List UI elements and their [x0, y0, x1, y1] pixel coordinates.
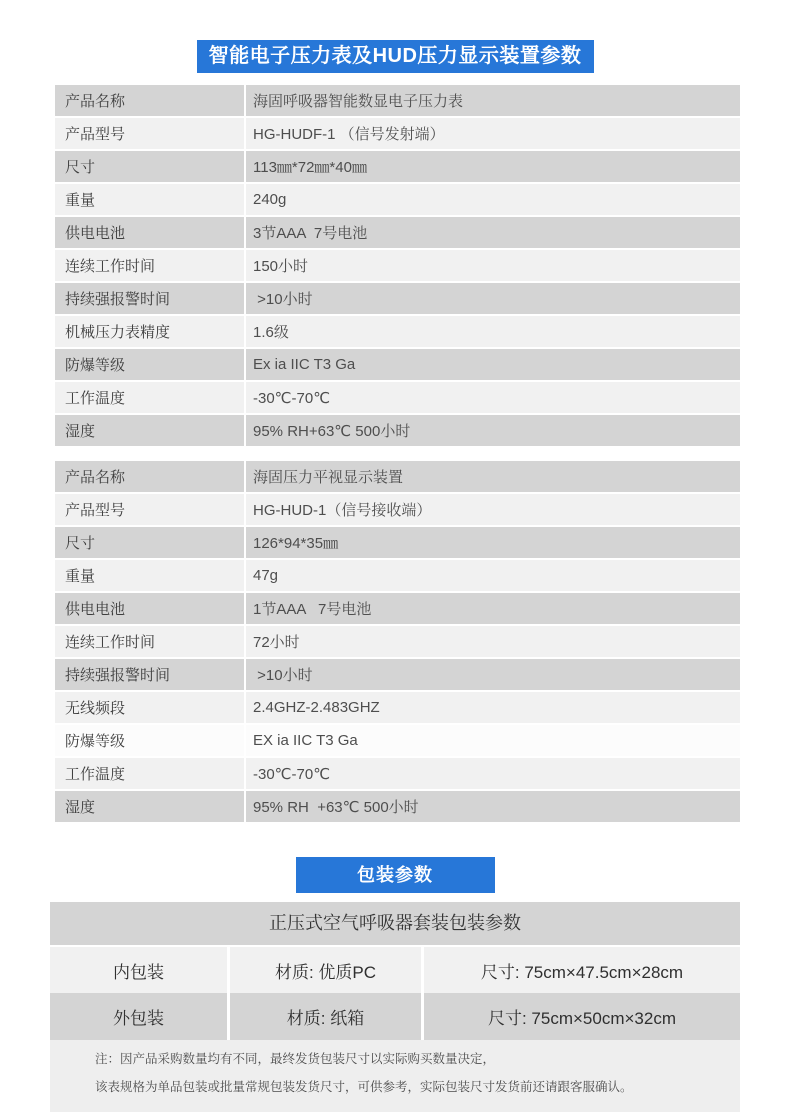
- spec-table-pressure-gauge: 产品名称 海固呼吸器智能数显电子压力表 产品型号 HG-HUDF-1 （信号发射…: [55, 85, 740, 448]
- spec-value: >10小时: [246, 283, 740, 314]
- spec-table-hud-display: 产品名称 海固压力平视显示装置 产品型号 HG-HUD-1（信号接收端） 尺寸 …: [55, 461, 740, 824]
- spec-label: 尺寸: [55, 151, 244, 182]
- spec-label: 重量: [55, 560, 244, 591]
- spec-value: 126*94*35㎜: [246, 527, 740, 558]
- table-row: 供电电池 3节AAA 7号电池: [55, 217, 740, 250]
- spec-value: 95% RH+63℃ 500小时: [246, 415, 740, 446]
- section-banner-packaging-label: 包装参数: [357, 865, 433, 885]
- spec-label: 机械压力表精度: [55, 316, 244, 347]
- table-row: 连续工作时间 72小时: [55, 626, 740, 659]
- section-banner-device-params: 智能电子压力表及HUD压力显示装置参数: [197, 40, 594, 73]
- spec-label: 工作温度: [55, 382, 244, 413]
- table-row: 内包装 材质: 优质PC 尺寸: 75cm×47.5cm×28cm: [50, 947, 740, 993]
- spec-label: 防爆等级: [55, 725, 244, 756]
- table-row: 持续强报警时间 >10小时: [55, 283, 740, 316]
- section-banner-packaging: 包装参数: [296, 857, 495, 893]
- table-row: 湿度 95% RH +63℃ 500小时: [55, 791, 740, 824]
- spec-value: 150小时: [246, 250, 740, 281]
- spec-value: -30℃-70℃: [246, 382, 740, 413]
- spec-value: 海固压力平视显示装置: [246, 461, 740, 492]
- spec-label: 无线频段: [55, 692, 244, 723]
- table-row: 持续强报警时间 >10小时: [55, 659, 740, 692]
- spec-label: 持续强报警时间: [55, 283, 244, 314]
- spec-label: 连续工作时间: [55, 250, 244, 281]
- spec-label: 供电电池: [55, 593, 244, 624]
- spec-value: 47g: [246, 560, 740, 591]
- table-row: 产品型号 HG-HUD-1（信号接收端）: [55, 494, 740, 527]
- spec-label: 持续强报警时间: [55, 659, 244, 690]
- spec-value: -30℃-70℃: [246, 758, 740, 789]
- spec-value: 3节AAA 7号电池: [246, 217, 740, 248]
- spec-label: 连续工作时间: [55, 626, 244, 657]
- spec-value: 240g: [246, 184, 740, 215]
- packaging-note-line1: 注：因产品采购数量均有不同，最终发货包装尺寸以实际购买数量决定，: [95, 1045, 720, 1073]
- table-row: 湿度 95% RH+63℃ 500小时: [55, 415, 740, 448]
- packaging-note: 注：因产品采购数量均有不同，最终发货包装尺寸以实际购买数量决定， 该表规格为单品…: [50, 1040, 740, 1112]
- spec-label: 湿度: [55, 791, 244, 822]
- spec-label: 产品名称: [55, 85, 244, 116]
- table-row: 连续工作时间 150小时: [55, 250, 740, 283]
- packaging-note-line2: 该表规格为单品包装或批量常规包装发货尺寸，可供参考，实际包装尺寸发货前还请跟客服…: [95, 1073, 720, 1101]
- pack-size: 尺寸: 75cm×50cm×32cm: [424, 993, 740, 1040]
- packaging-table: 正压式空气呼吸器套装包装参数 内包装 材质: 优质PC 尺寸: 75cm×47.…: [50, 902, 740, 1112]
- spec-value: 海固呼吸器智能数显电子压力表: [246, 85, 740, 116]
- spec-value: EX ia IIC T3 Ga: [246, 725, 740, 756]
- spec-label: 产品型号: [55, 118, 244, 149]
- table-row: 重量 47g: [55, 560, 740, 593]
- table-row: 防爆等级 Ex ia IIC T3 Ga: [55, 349, 740, 382]
- table-row: 产品名称 海固压力平视显示装置: [55, 461, 740, 494]
- table-row: 防爆等级 EX ia IIC T3 Ga: [55, 725, 740, 758]
- table-row: 产品型号 HG-HUDF-1 （信号发射端）: [55, 118, 740, 151]
- spec-value: >10小时: [246, 659, 740, 690]
- spec-label: 供电电池: [55, 217, 244, 248]
- spec-label: 产品型号: [55, 494, 244, 525]
- table-row: 供电电池 1节AAA 7号电池: [55, 593, 740, 626]
- spec-value: HG-HUDF-1 （信号发射端）: [246, 118, 740, 149]
- spec-label: 尺寸: [55, 527, 244, 558]
- spec-label: 工作温度: [55, 758, 244, 789]
- pack-size: 尺寸: 75cm×47.5cm×28cm: [424, 947, 740, 993]
- table-row: 尺寸 126*94*35㎜: [55, 527, 740, 560]
- table-row: 工作温度 -30℃-70℃: [55, 382, 740, 415]
- table-row: 无线频段 2.4GHZ-2.483GHZ: [55, 692, 740, 725]
- spec-value: 2.4GHZ-2.483GHZ: [246, 692, 740, 723]
- spec-value: 95% RH +63℃ 500小时: [246, 791, 740, 822]
- spec-label: 重量: [55, 184, 244, 215]
- spec-label: 湿度: [55, 415, 244, 446]
- spec-value: Ex ia IIC T3 Ga: [246, 349, 740, 380]
- pack-name: 外包装: [50, 993, 227, 1040]
- table-row: 机械压力表精度 1.6级: [55, 316, 740, 349]
- spec-label: 防爆等级: [55, 349, 244, 380]
- spec-value: HG-HUD-1（信号接收端）: [246, 494, 740, 525]
- spec-value: 72小时: [246, 626, 740, 657]
- section-banner-device-params-label: 智能电子压力表及HUD压力显示装置参数: [209, 45, 582, 67]
- spec-value: 1.6级: [246, 316, 740, 347]
- table-row: 工作温度 -30℃-70℃: [55, 758, 740, 791]
- pack-material: 材质: 优质PC: [230, 947, 421, 993]
- table-row: 重量 240g: [55, 184, 740, 217]
- table-row: 产品名称 海固呼吸器智能数显电子压力表: [55, 85, 740, 118]
- pack-name: 内包装: [50, 947, 227, 993]
- table-row: 尺寸 113㎜*72㎜*40㎜: [55, 151, 740, 184]
- spec-value: 1节AAA 7号电池: [246, 593, 740, 624]
- table-row: 外包装 材质: 纸箱 尺寸: 75cm×50cm×32cm: [50, 993, 740, 1040]
- spec-label: 产品名称: [55, 461, 244, 492]
- pack-material: 材质: 纸箱: [230, 993, 421, 1040]
- spec-value: 113㎜*72㎜*40㎜: [246, 151, 740, 182]
- packaging-table-title: 正压式空气呼吸器套装包装参数: [50, 902, 740, 945]
